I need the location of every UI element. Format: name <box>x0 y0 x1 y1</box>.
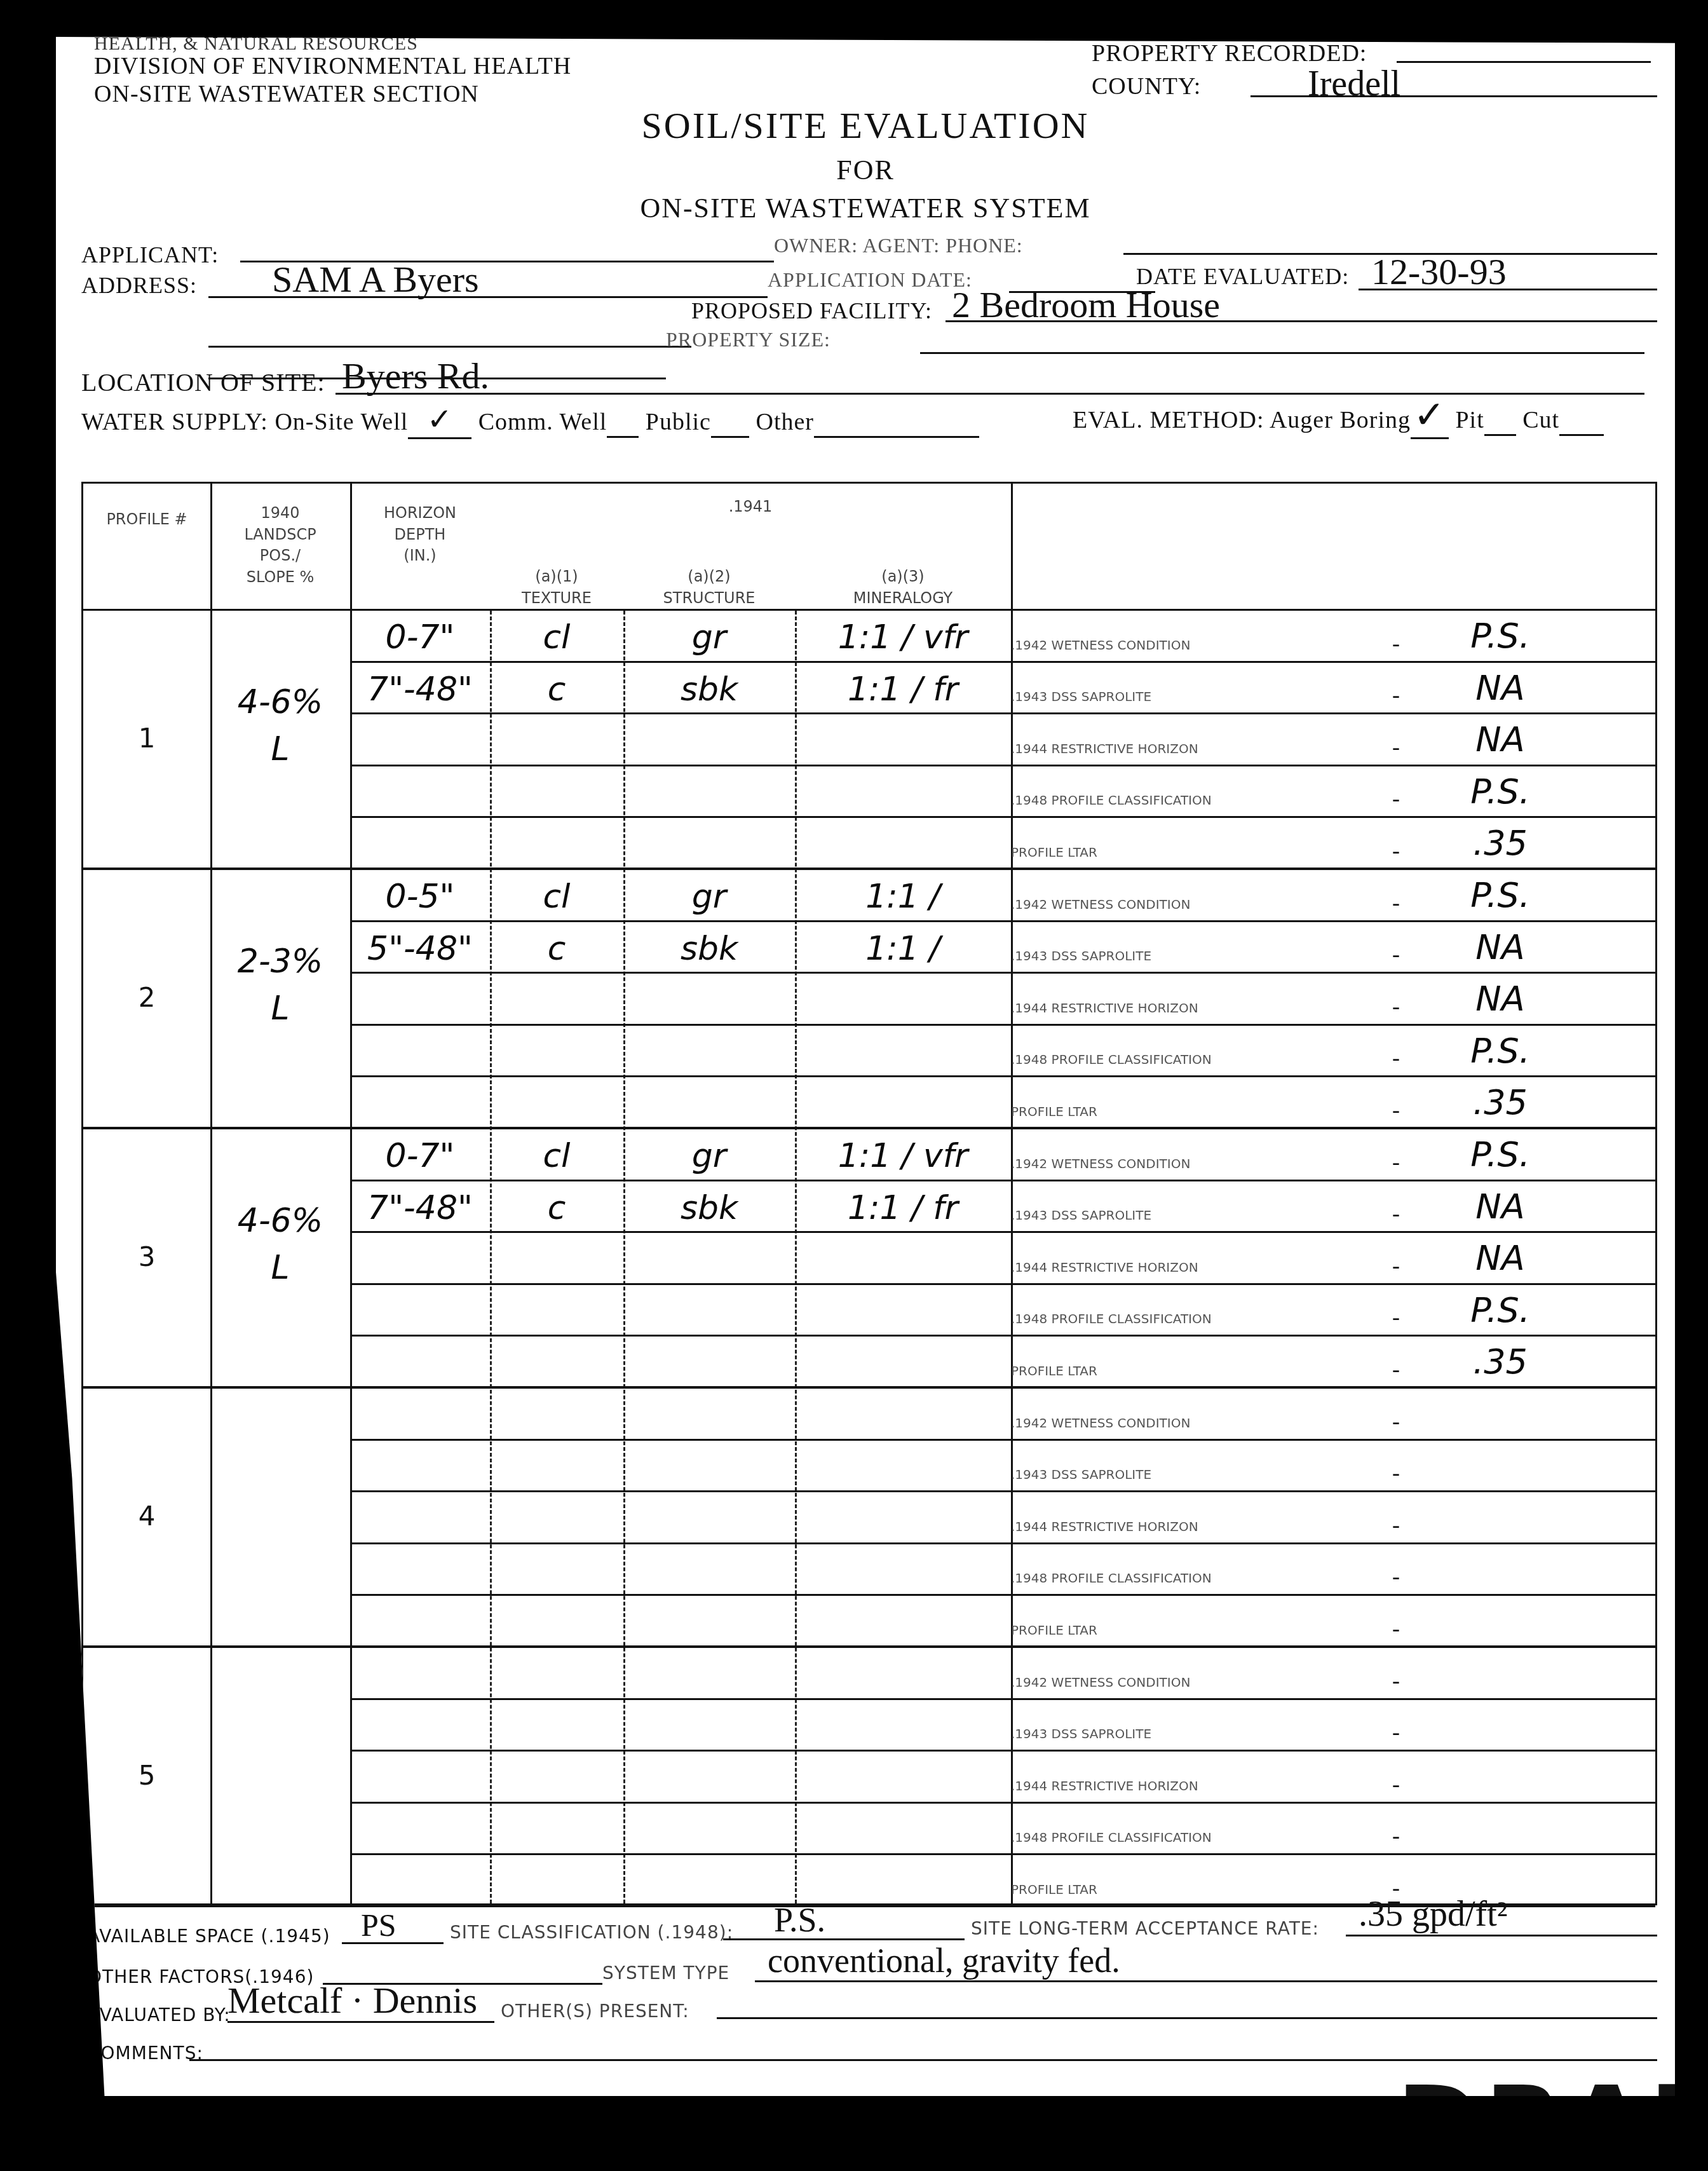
water-supply-label: WATER SUPPLY: <box>81 409 268 435</box>
profile-block-1: 14-6%L0-7"clgr1:1 / vfr.1942 WETNESS CON… <box>83 611 1655 870</box>
available-space-label: AVAILABLE SPACE (.1945) <box>88 1926 330 1947</box>
criteria-dash: - <box>1392 1148 1400 1175</box>
criteria-value[interactable]: .35 <box>1437 823 1564 863</box>
header-mineralogy: (a)(3) MINERALOGY <box>795 566 1011 609</box>
horizon-mineralogy-cell[interactable]: 1:1 / vfr <box>795 618 1011 657</box>
criteria-label: .1942 WETNESS CONDITION <box>1011 1675 1190 1690</box>
profile-slope[interactable] <box>210 1461 350 1470</box>
location-value: Byers Rd. <box>342 355 489 397</box>
form-title: SOIL/SITE EVALUATION <box>56 104 1675 147</box>
ltar-value: .35 gpd/ft² <box>1359 1894 1508 1935</box>
county-label: COUNTY: <box>1092 72 1201 100</box>
property-size-label: PROPERTY SIZE: <box>666 328 830 351</box>
address-value: SAM A Byers <box>272 258 479 301</box>
evaluated-by-label: EVALUATED BY: <box>88 2004 231 2025</box>
proposed-facility-label: PROPOSED FACILITY: <box>691 297 932 324</box>
criteria-label: .1942 WETNESS CONDITION <box>1011 1156 1190 1171</box>
criteria-dash: - <box>1392 1718 1400 1745</box>
county-value: Iredell <box>1308 64 1400 104</box>
criteria-value[interactable]: NA <box>1437 927 1564 967</box>
agency-division: DIVISION OF ENVIRONMENTAL HEALTH <box>94 52 571 80</box>
date-evaluated-field[interactable]: 12-30-93 <box>1359 289 1657 290</box>
check-icon: ✓ <box>427 403 453 437</box>
criteria-value[interactable]: P.S. <box>1437 772 1564 812</box>
criteria-dash: - <box>1392 1200 1400 1227</box>
criteria-dash: - <box>1392 733 1400 760</box>
horizon-texture-cell[interactable]: cl <box>490 618 623 657</box>
criteria-dash: - <box>1392 1615 1400 1642</box>
property-recorded-field[interactable] <box>1397 61 1651 63</box>
header-structure: (a)(2) STRUCTURE <box>623 566 795 609</box>
header-horizon-depth: HORIZON DEPTH (IN.) <box>350 503 490 567</box>
available-space-field[interactable]: PS <box>342 1942 444 1944</box>
draft-stamp: DRAFT <box>1397 2064 1708 2102</box>
criteria-label: PROFILE LTAR <box>1011 1363 1097 1378</box>
form-title-for: FOR <box>56 154 1675 186</box>
water-supply-public: Public <box>646 409 711 435</box>
criteria-dash: - <box>1392 1303 1400 1330</box>
horizon-mineralogy-cell[interactable]: 1:1 / fr <box>795 670 1011 709</box>
criteria-label: .1943 DSS SAPROLITE <box>1011 1467 1151 1482</box>
public-checkbox[interactable] <box>711 408 749 438</box>
criteria-label: .1948 PROFILE CLASSIFICATION <box>1011 1052 1212 1067</box>
property-size-field[interactable] <box>920 352 1644 354</box>
criteria-value[interactable]: P.S. <box>1437 616 1564 656</box>
criteria-label: PROFILE LTAR <box>1011 1882 1097 1897</box>
pit-checkbox[interactable] <box>1484 406 1516 436</box>
horizon-depth-cell[interactable]: 0-7" <box>350 1137 490 1175</box>
criteria-dash: - <box>1392 681 1400 708</box>
site-classification-field[interactable]: P.S. <box>723 1938 965 1940</box>
proposed-facility-field[interactable]: 2 Bedroom House <box>945 320 1657 322</box>
profile-number: 5 <box>83 1760 210 1791</box>
horizon-structure-cell[interactable]: gr <box>623 1137 795 1175</box>
on-site-well-checkbox[interactable]: ✓ <box>408 402 471 439</box>
criteria-dash: - <box>1392 630 1400 657</box>
horizon-depth-cell[interactable]: 0-5" <box>350 878 490 916</box>
horizon-structure-cell[interactable]: sbk <box>623 670 795 709</box>
criteria-dash: - <box>1392 941 1400 967</box>
other-field[interactable] <box>814 408 979 438</box>
applicant-label: APPLICANT: <box>81 242 219 268</box>
criteria-label: .1944 RESTRICTIVE HORIZON <box>1011 1260 1198 1275</box>
profile-number: 3 <box>83 1241 210 1272</box>
cut-checkbox[interactable] <box>1559 406 1604 436</box>
date-evaluated-value: 12-30-93 <box>1371 250 1507 293</box>
profile-number: 1 <box>83 723 210 754</box>
criteria-value[interactable]: P.S. <box>1437 1134 1564 1174</box>
criteria-label: .1948 PROFILE CLASSIFICATION <box>1011 1311 1212 1326</box>
criteria-label: .1944 RESTRICTIVE HORIZON <box>1011 1519 1198 1534</box>
header-1941-group: .1941 <box>490 496 1011 518</box>
horizon-depth-cell[interactable]: 7"-48" <box>350 1189 490 1227</box>
horizon-structure-cell[interactable]: sbk <box>623 930 795 968</box>
criteria-dash: - <box>1392 1511 1400 1538</box>
evaluated-by-signature: Metcalf · Dennis <box>227 1979 477 2022</box>
water-supply-row: WATER SUPPLY: On-Site Well✓ Comm. Well P… <box>81 402 979 439</box>
criteria-value[interactable]: NA <box>1437 719 1564 759</box>
others-present-label: OTHER(S) PRESENT: <box>501 2001 689 2022</box>
criteria-value[interactable]: .35 <box>1437 1082 1564 1122</box>
profile-slope[interactable]: 4-6%L <box>210 1202 350 1287</box>
horizon-texture-cell[interactable]: c <box>490 670 623 709</box>
header-landscape: 1940 LANDSCP POS./ SLOPE % <box>210 503 350 588</box>
criteria-label: .1944 RESTRICTIVE HORIZON <box>1011 1778 1198 1793</box>
criteria-label: .1942 WETNESS CONDITION <box>1011 1415 1190 1431</box>
profile-number: 2 <box>83 982 210 1013</box>
criteria-dash: - <box>1392 837 1400 864</box>
criteria-value[interactable]: NA <box>1437 668 1564 708</box>
horizon-depth-cell[interactable]: 7"-48" <box>350 670 490 709</box>
comm-well-checkbox[interactable] <box>607 408 639 438</box>
profile-table: PROFILE # 1940 LANDSCP POS./ SLOPE % HOR… <box>81 482 1657 1905</box>
criteria-value[interactable]: NA <box>1437 979 1564 1019</box>
ltar-label: SITE LONG-TERM ACCEPTANCE RATE: <box>971 1918 1319 1939</box>
criteria-label: .1943 DSS SAPROLITE <box>1011 1208 1151 1223</box>
criteria-dash: - <box>1392 889 1400 916</box>
criteria-dash: - <box>1392 1771 1400 1797</box>
criteria-label: .1948 PROFILE CLASSIFICATION <box>1011 793 1212 808</box>
horizon-mineralogy-cell[interactable]: 1:1 / <box>795 878 1011 916</box>
horizon-structure-cell[interactable]: gr <box>623 878 795 916</box>
criteria-value[interactable]: P.S. <box>1437 1290 1564 1330</box>
water-supply-other: Other <box>756 409 814 435</box>
horizon-texture-cell[interactable]: c <box>490 1189 623 1227</box>
criteria-value[interactable]: NA <box>1437 1238 1564 1278</box>
table-header: PROFILE # 1940 LANDSCP POS./ SLOPE % HOR… <box>83 484 1655 611</box>
profile-block-2: 22-3%L0-5"clgr1:1 /.1942 WETNESS CONDITI… <box>83 870 1655 1129</box>
owner-agent-phone-label: OWNER: AGENT: PHONE: <box>774 234 1023 257</box>
eval-method-row: EVAL. METHOD: Auger Boring✓ Pit Cut <box>1073 393 1604 439</box>
application-date-label: APPLICATION DATE: <box>768 268 972 292</box>
criteria-value[interactable]: P.S. <box>1437 875 1564 915</box>
ltar-field[interactable]: .35 gpd/ft² <box>1346 1935 1657 1936</box>
criteria-dash: - <box>1392 993 1400 1019</box>
eval-method-cut: Cut <box>1522 407 1559 433</box>
horizon-depth-cell[interactable]: 0-7" <box>350 618 490 657</box>
header-texture: (a)(1) TEXTURE <box>490 566 623 609</box>
address-label: ADDRESS: <box>81 272 197 299</box>
comments-field[interactable] <box>189 2059 1657 2061</box>
criteria-dash: - <box>1392 785 1400 812</box>
horizon-depth-cell[interactable]: 5"-48" <box>350 930 490 968</box>
horizon-mineralogy-cell[interactable]: 1:1 / <box>795 930 1011 968</box>
profile-slope[interactable]: 4-6%L <box>210 683 350 768</box>
address-field[interactable]: SAM A Byers <box>208 296 768 298</box>
header-profile: PROFILE # <box>83 509 210 531</box>
criteria-label: PROFILE LTAR <box>1011 845 1097 860</box>
profile-slope[interactable] <box>210 1720 350 1729</box>
county-field[interactable]: Iredell <box>1250 95 1657 97</box>
horizon-texture-cell[interactable]: c <box>490 930 623 968</box>
available-space-value: PS <box>361 1907 396 1943</box>
eval-method-auger: Auger Boring <box>1270 407 1411 433</box>
comments-label: COMMENTS: <box>88 2043 203 2064</box>
site-classification-value: P.S. <box>774 1900 825 1940</box>
profile-slope[interactable]: 2-3%L <box>210 943 350 1028</box>
criteria-label: .1942 WETNESS CONDITION <box>1011 897 1190 912</box>
horizon-texture-cell[interactable]: cl <box>490 878 623 916</box>
criteria-label: .1944 RESTRICTIVE HORIZON <box>1011 1000 1198 1016</box>
criteria-label: .1948 PROFILE CLASSIFICATION <box>1011 1570 1212 1586</box>
criteria-dash: - <box>1392 1356 1400 1382</box>
criteria-dash: - <box>1392 1096 1400 1123</box>
horizon-structure-cell[interactable]: gr <box>623 618 795 657</box>
profile-block-4: 4.1942 WETNESS CONDITION-.1943 DSS SAPRO… <box>83 1389 1655 1648</box>
horizon-mineralogy-cell[interactable]: 1:1 / vfr <box>795 1137 1011 1175</box>
site-classification-label: SITE CLASSIFICATION (.1948): <box>450 1922 733 1943</box>
soil-site-evaluation-form: HEALTH, & NATURAL RESOURCES DIVISION OF … <box>56 37 1675 2096</box>
eval-method-label: EVAL. METHOD: <box>1073 407 1264 433</box>
criteria-dash: - <box>1392 1252 1400 1279</box>
profile-block-5: 5.1942 WETNESS CONDITION-.1943 DSS SAPRO… <box>83 1648 1655 1907</box>
horizon-texture-cell[interactable]: cl <box>490 1137 623 1175</box>
criteria-dash: - <box>1392 1044 1400 1071</box>
criteria-value[interactable]: P.S. <box>1437 1031 1564 1071</box>
profile-number: 4 <box>83 1501 210 1532</box>
criteria-label: .1943 DSS SAPROLITE <box>1011 689 1151 704</box>
auger-boring-checkbox[interactable]: ✓ <box>1411 393 1449 439</box>
water-supply-on-site-well: On-Site Well <box>274 409 408 435</box>
horizon-mineralogy-cell[interactable]: 1:1 / fr <box>795 1189 1011 1227</box>
criteria-label: .1943 DSS SAPROLITE <box>1011 1726 1151 1741</box>
eval-method-pit: Pit <box>1455 407 1484 433</box>
criteria-value[interactable]: NA <box>1437 1187 1564 1227</box>
criteria-label: .1948 PROFILE CLASSIFICATION <box>1011 1830 1212 1845</box>
criteria-dash: - <box>1392 1563 1400 1589</box>
system-type-value: conventional, gravity fed. <box>768 1941 1120 1980</box>
system-type-label: SYSTEM TYPE <box>602 1963 729 1984</box>
criteria-dash: - <box>1392 1459 1400 1486</box>
address-line-2[interactable] <box>208 346 691 348</box>
horizon-structure-cell[interactable]: sbk <box>623 1189 795 1227</box>
system-type-field[interactable]: conventional, gravity fed. <box>755 1980 1657 1982</box>
profile-block-3: 34-6%L0-7"clgr1:1 / vfr.1942 WETNESS CON… <box>83 1129 1655 1389</box>
criteria-dash: - <box>1392 1822 1400 1849</box>
criteria-label: PROFILE LTAR <box>1011 1104 1097 1119</box>
water-supply-comm-well: Comm. Well <box>478 409 607 435</box>
criteria-label: PROFILE LTAR <box>1011 1623 1097 1638</box>
form-title-system: ON-SITE WASTEWATER SYSTEM <box>56 192 1675 224</box>
proposed-facility-value: 2 Bedroom House <box>952 283 1220 326</box>
agency-line-1: HEALTH, & NATURAL RESOURCES <box>94 33 418 55</box>
location-label: LOCATION OF SITE: <box>81 367 325 397</box>
check-icon: ✓ <box>1413 394 1446 436</box>
criteria-label: .1943 DSS SAPROLITE <box>1011 948 1151 963</box>
others-present-field[interactable] <box>717 2017 1657 2019</box>
criteria-dash: - <box>1392 1408 1400 1434</box>
evaluated-by-field[interactable]: Metcalf · Dennis <box>227 2021 494 2023</box>
criteria-value[interactable]: .35 <box>1437 1342 1564 1382</box>
criteria-dash: - <box>1392 1667 1400 1694</box>
criteria-label: .1944 RESTRICTIVE HORIZON <box>1011 741 1198 756</box>
criteria-label: .1942 WETNESS CONDITION <box>1011 637 1190 653</box>
